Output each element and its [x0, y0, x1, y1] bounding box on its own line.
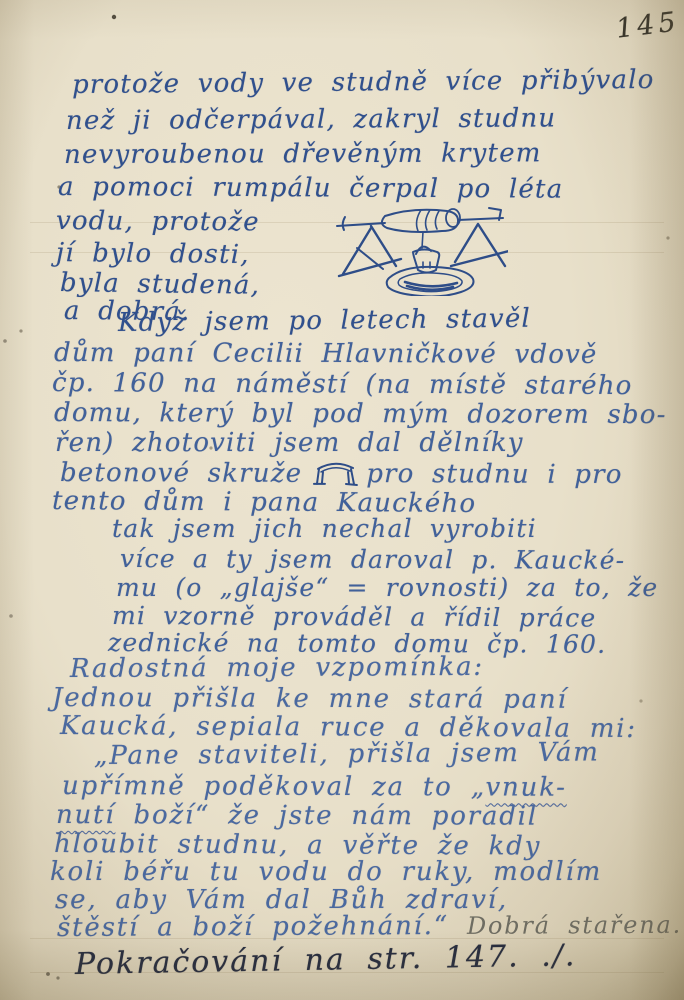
continuation-line: Pokračování na str. 147. ./.	[75, 941, 577, 980]
manuscript-line: tak jsem jich nechal vyrobiti	[112, 514, 537, 544]
paper-specks	[0, 0, 2, 2]
manuscript-line: jí bylo dosti,	[56, 238, 250, 270]
left-a-frame	[339, 226, 401, 276]
manuscript-line: více a ty jsem daroval p. Kaucké-	[120, 544, 625, 576]
manuscript-line: nevyroubenou dřevěným krytem	[64, 138, 542, 170]
wavy-underlined-word: vnuk-	[485, 772, 566, 802]
manuscript-line: koli béřu tu vodu do ruky, modlím	[50, 857, 602, 887]
manuscript-line: čp. 160 na náměstí (na místě starého	[52, 368, 633, 401]
left-frame-brace	[357, 248, 383, 269]
manuscript-line: nutí boží“ že jste nám poradil	[56, 800, 538, 832]
manuscript-line: „Pane staviteli, přišla jsem Vám	[94, 737, 600, 771]
manuscript-line: než ji odčerpával, zakryl studnu	[66, 103, 556, 136]
manuscript-line: protože vody ve studně více přibývalo	[72, 65, 655, 100]
well-windlass-sketch	[333, 196, 508, 296]
manuscript-line: řen) zhotoviti jsem dal dělníky	[55, 428, 524, 458]
drum-hatching	[417, 210, 439, 231]
manuscript-line: dům paní Cecilii Hlavničkové vdově	[54, 338, 598, 370]
pencil-note: Dobrá stařena.	[467, 911, 682, 940]
manuscript-line: mu (o „glajše“ = rovnosti) za to, že	[116, 573, 658, 603]
manuscript-line: Jednou přišla ke mne stará paní	[52, 683, 568, 715]
manuscript-line: upřímně poděkoval za to „vnuk-	[62, 771, 567, 803]
manuscript-line: domu, který byl pod mým dozorem sbo-	[54, 398, 667, 430]
well-shadow-scribble	[405, 282, 457, 290]
rope	[422, 232, 423, 248]
manuscript-line: Když jsem po letech stavěl	[118, 304, 531, 338]
manuscript-line: Radostná moje vzpomínka:	[70, 652, 484, 684]
axle-left-tick	[343, 217, 345, 230]
manuscript-line: štěstí a boží požehnání.“ Dobrá stařena.	[57, 910, 682, 943]
manuscript-line: vodu, protože	[56, 206, 260, 237]
right-a-frame	[451, 224, 508, 266]
manuscript-line: betonové skružepro studnu i pro	[60, 456, 623, 490]
wavy-underlined-word: nutí	[56, 800, 116, 830]
page-number: 145	[614, 6, 681, 45]
concrete-ring-sketch	[312, 457, 358, 489]
manuscript-page: 145 protože vody ve studně více přibýval…	[0, 0, 684, 1000]
